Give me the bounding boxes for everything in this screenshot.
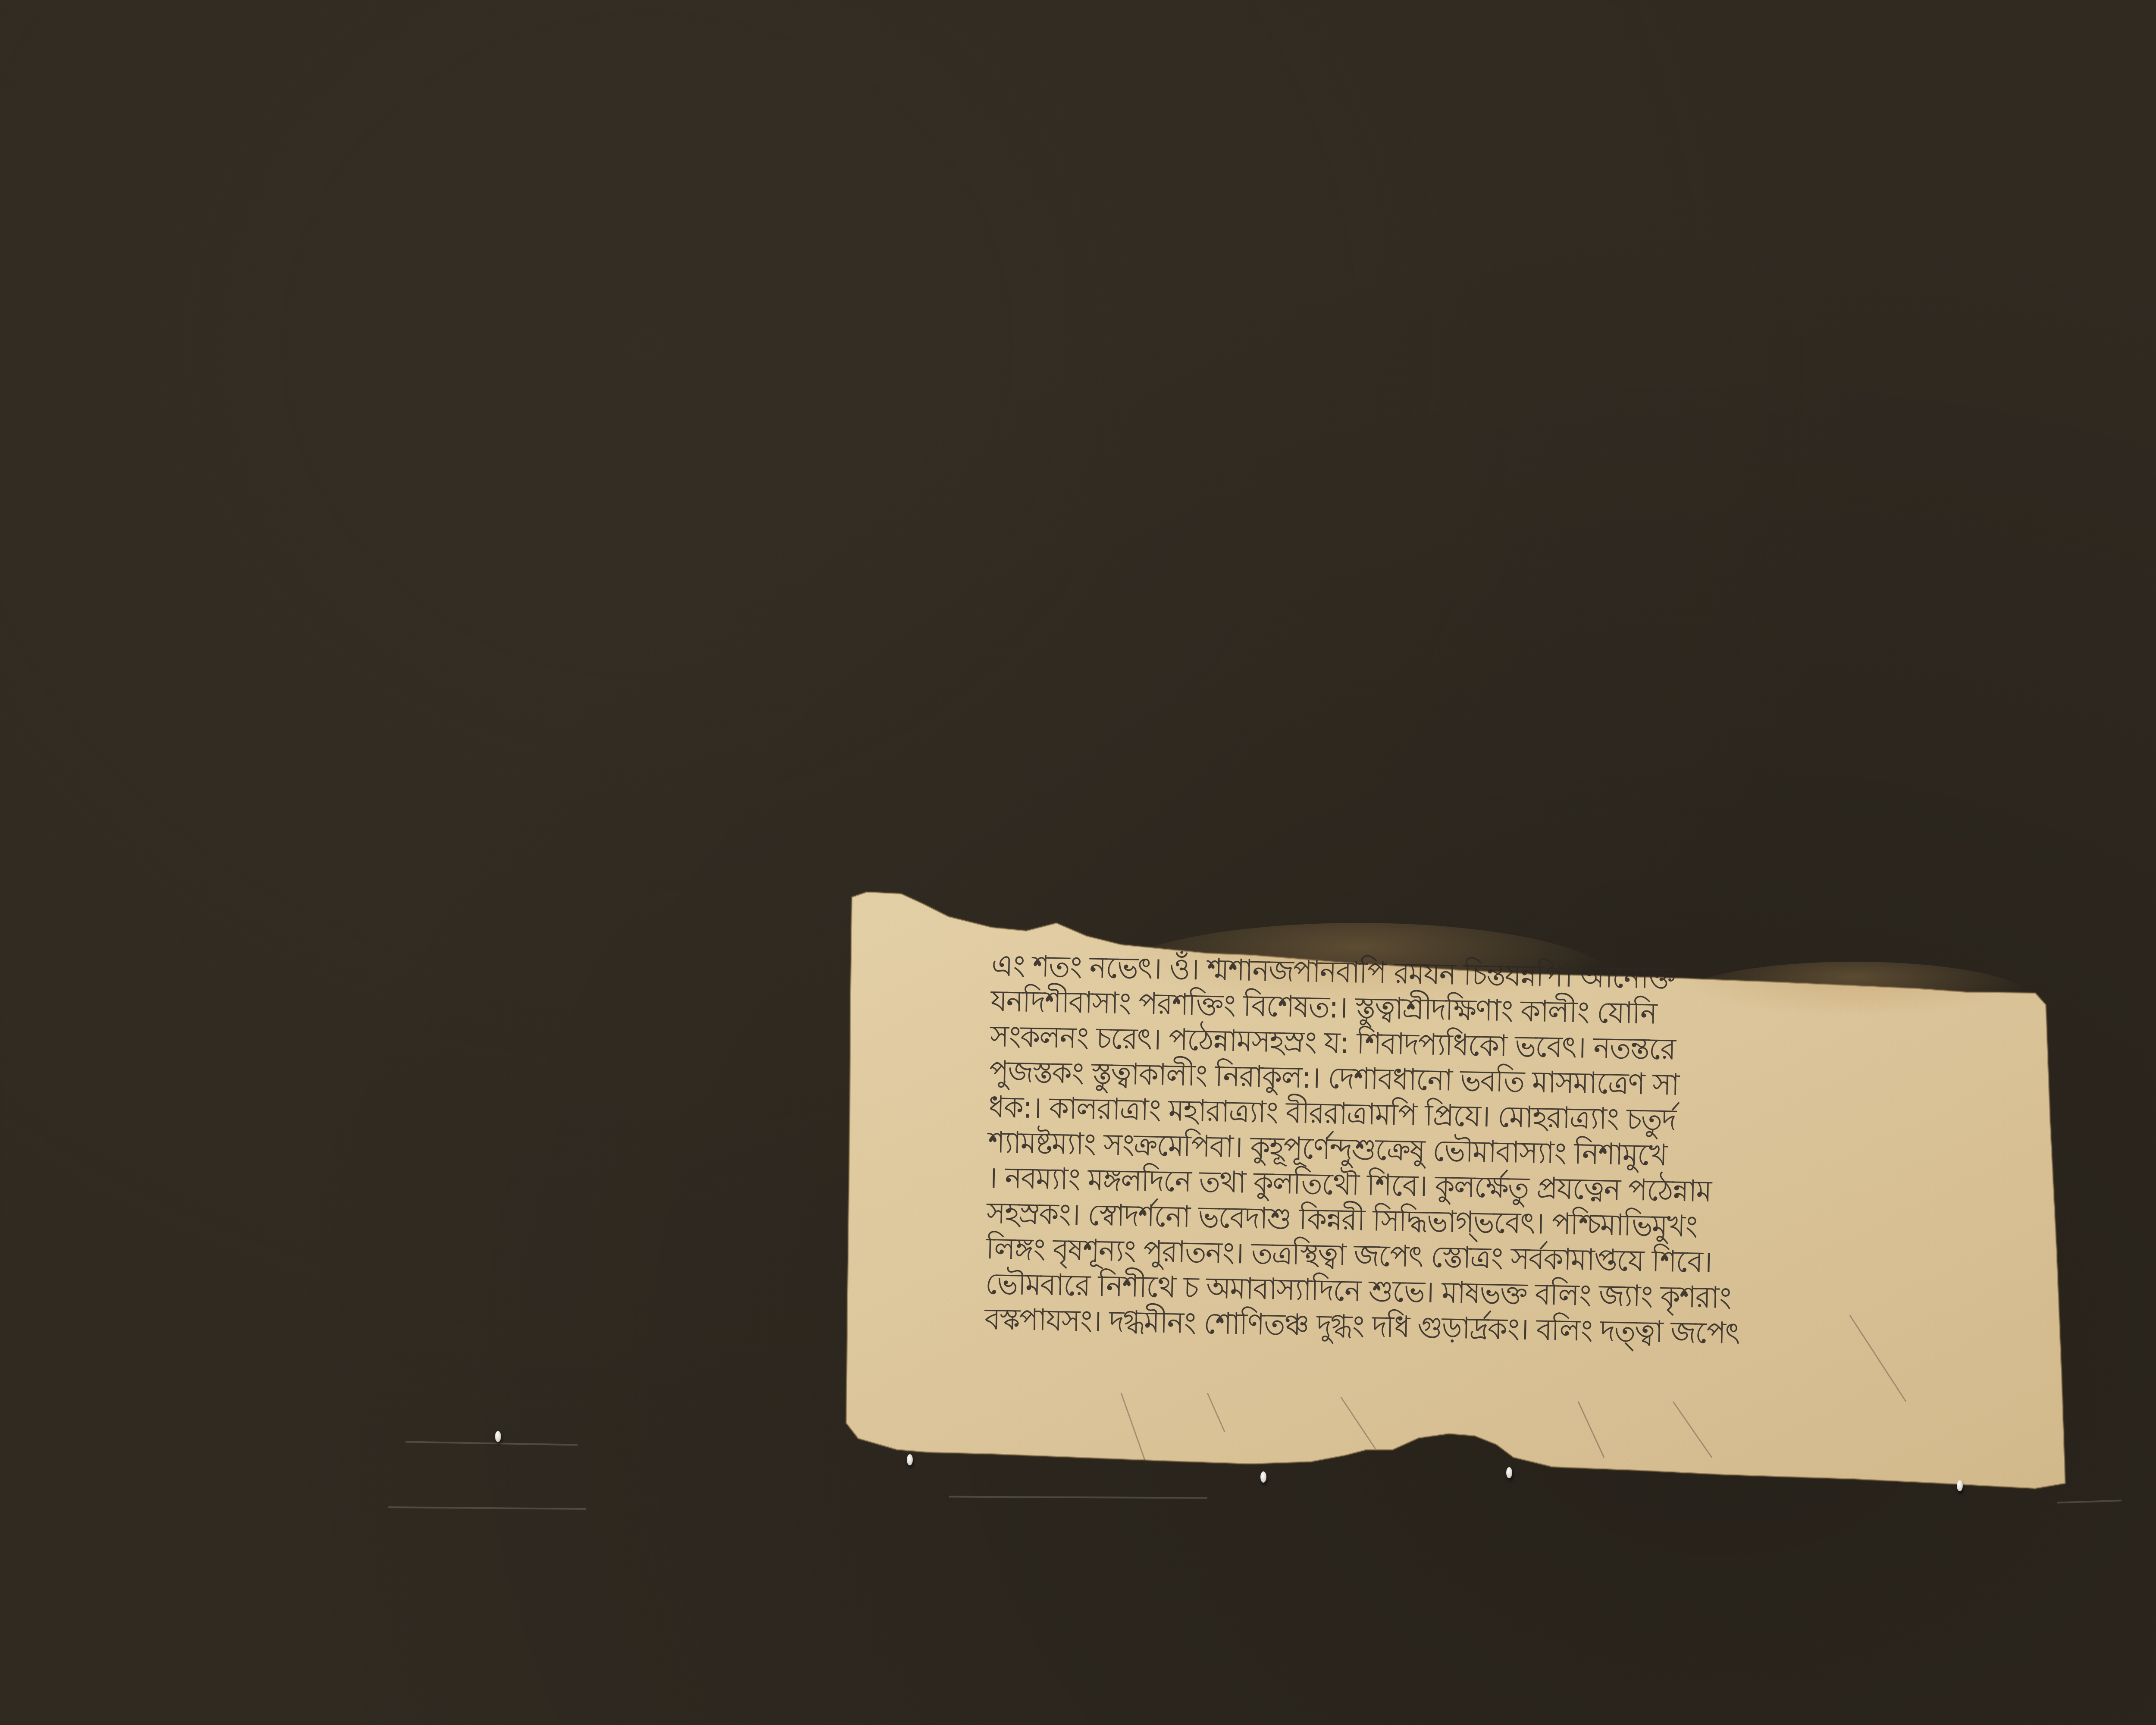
- manuscript-text-block: এং শতং নভেৎ। ওঁ। শ্মশানজপানবাপি রমযন চিন…: [983, 949, 1962, 1442]
- pin-icon: [1260, 1471, 1266, 1483]
- pin-icon: [1957, 1480, 1963, 1491]
- pin-icon: [1506, 1467, 1512, 1478]
- pin-icon: [907, 1454, 913, 1465]
- display-board: এং শতং নভেৎ। ওঁ। শ্মশানজপানবাপি রমযন চিন…: [0, 0, 2156, 1725]
- manuscript-leaf: [0, 0, 2156, 1725]
- pin-icon: [495, 1431, 501, 1442]
